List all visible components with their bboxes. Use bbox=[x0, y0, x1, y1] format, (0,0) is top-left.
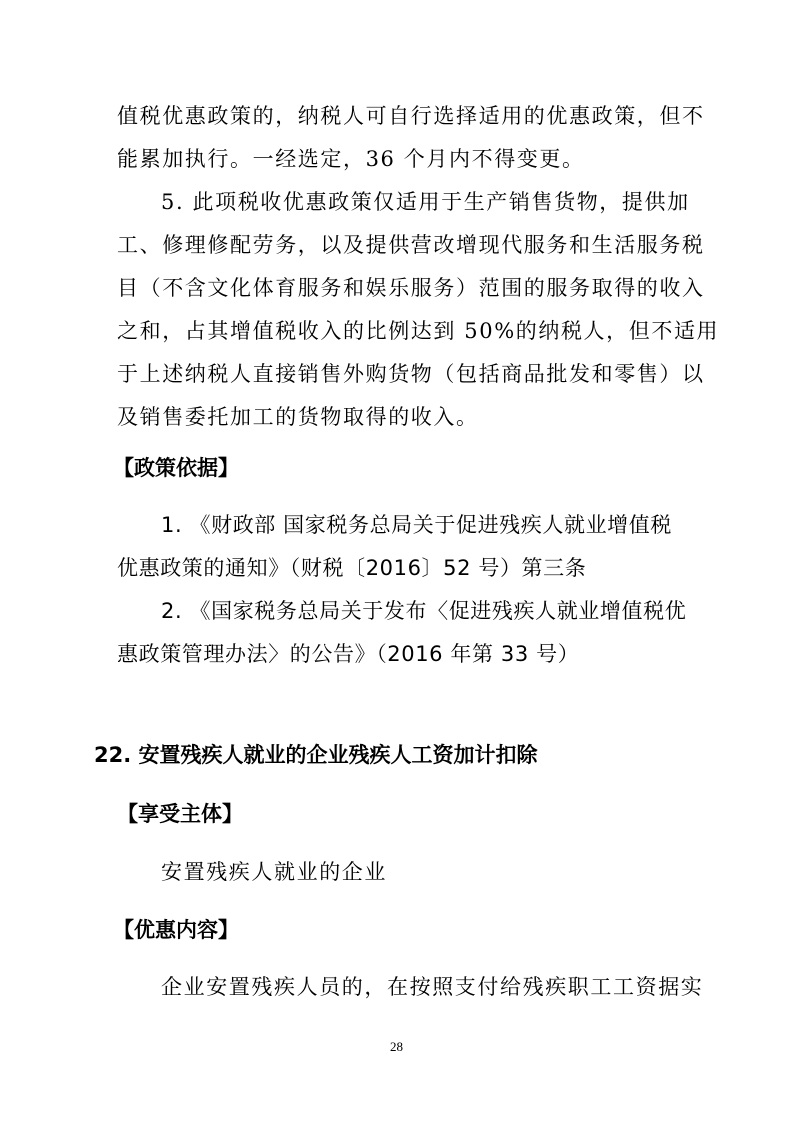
policy-basis-heading: 【政策依据】 bbox=[113, 454, 239, 482]
paragraph-line: 值税优惠政策的，纳税人可自行选择适用的优惠政策，但不 bbox=[117, 102, 705, 130]
policy-basis-line: 1. 《财政部 国家税务总局关于促进残疾人就业增值税 bbox=[161, 511, 672, 539]
item-5-line: 工、修理修配劳务，以及提供营改增现代服务和生活服务税 bbox=[117, 231, 705, 259]
benefit-heading: 【优惠内容】 bbox=[113, 916, 239, 944]
section-22-title: 22. 安置残疾人就业的企业残疾人工资加计扣除 bbox=[94, 741, 538, 769]
policy-basis-line: 2. 《国家税务总局关于发布〈促进残疾人就业增值税优 bbox=[161, 597, 686, 625]
policy-basis-line: 惠政策管理办法〉的公告》（2016 年第 33 号） bbox=[117, 640, 579, 668]
item-5-line: 5. 此项税收优惠政策仅适用于生产销售货物，提供加 bbox=[161, 188, 690, 216]
benefit-text-line: 企业安置残疾人员的，在按照支付给残疾职工工资据实 bbox=[161, 973, 703, 1001]
beneficiary-text: 安置残疾人就业的企业 bbox=[161, 858, 387, 886]
item-5-line: 于上述纳税人直接销售外购货物（包括商品批发和零售）以 bbox=[117, 360, 705, 388]
page-number: 28 bbox=[0, 1039, 793, 1055]
beneficiary-heading: 【享受主体】 bbox=[117, 800, 243, 828]
item-5-line: 及销售委托加工的货物取得的收入。 bbox=[117, 403, 479, 431]
item-5-line: 目（不含文化体育服务和娱乐服务）范围的服务取得的收入 bbox=[117, 274, 705, 302]
paragraph-line: 能累加执行。一经选定，36 个月内不得变更。 bbox=[117, 145, 585, 173]
policy-basis-line: 优惠政策的通知》（财税〔2016〕52 号）第三条 bbox=[117, 554, 586, 582]
item-5-line: 之和，占其增值税收入的比例达到 50%的纳税人，但不适用 bbox=[117, 317, 719, 345]
